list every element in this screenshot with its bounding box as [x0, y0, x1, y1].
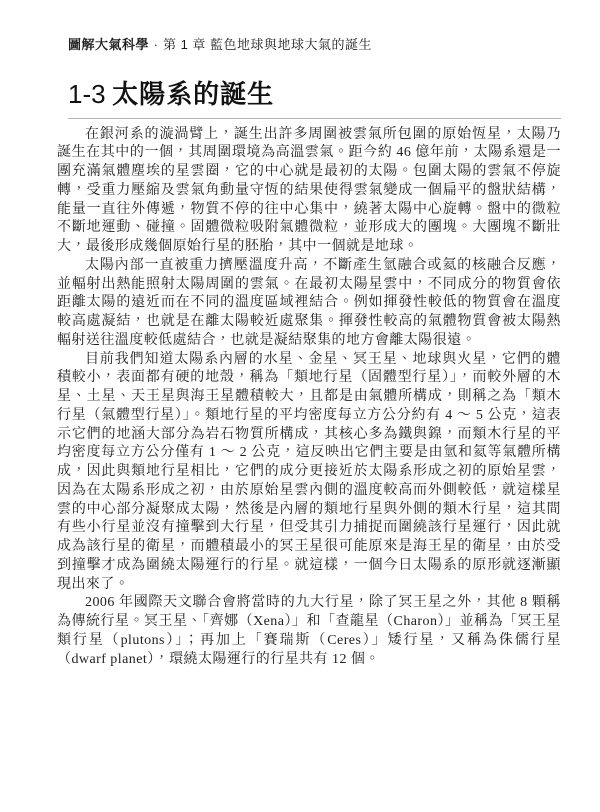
title-rule — [68, 118, 561, 119]
running-header: 圖解大氣科學·第 1 章 藍色地球與地球大氣的誕生 — [68, 34, 561, 53]
body-paragraph-2: 太陽內部一直被重力擠壓溫度升高，不斷產生氫融合或氦的核融合反應，並輻射出熱能照射… — [57, 257, 561, 351]
body-text: 在銀河系的漩渦臂上，誕生出許多周圍被雲氣所包圍的原始恆星，太陽乃誕生在其中的一個… — [57, 126, 561, 670]
body-paragraph-1: 在銀河系的漩渦臂上，誕生出許多周圍被雲氣所包圍的原始恆星，太陽乃誕生在其中的一個… — [57, 126, 561, 257]
section-title: 太陽系的誕生 — [112, 79, 274, 109]
body-paragraph-4: 2006 年國際天文聯合會將當時的九大行星，除了冥王星之外，其他 8 顆稱為傳統… — [57, 594, 561, 669]
chapter-title: 第 1 章 藍色地球與地球大氣的誕生 — [163, 37, 372, 52]
book-title: 圖解大氣科學 — [68, 37, 149, 52]
body-paragraph-3: 目前我們知道太陽系內層的水星、金星、冥王星、地球與火星，它們的體積較小，表面都有… — [57, 351, 561, 595]
section-heading: 1-3太陽系的誕生 — [68, 80, 561, 109]
book-page: 圖解大氣科學·第 1 章 藍色地球與地球大氣的誕生 1-3太陽系的誕生 在銀河系… — [0, 0, 600, 812]
header-dot-separator: · — [149, 37, 163, 52]
section-number: 1-3 — [68, 79, 106, 109]
